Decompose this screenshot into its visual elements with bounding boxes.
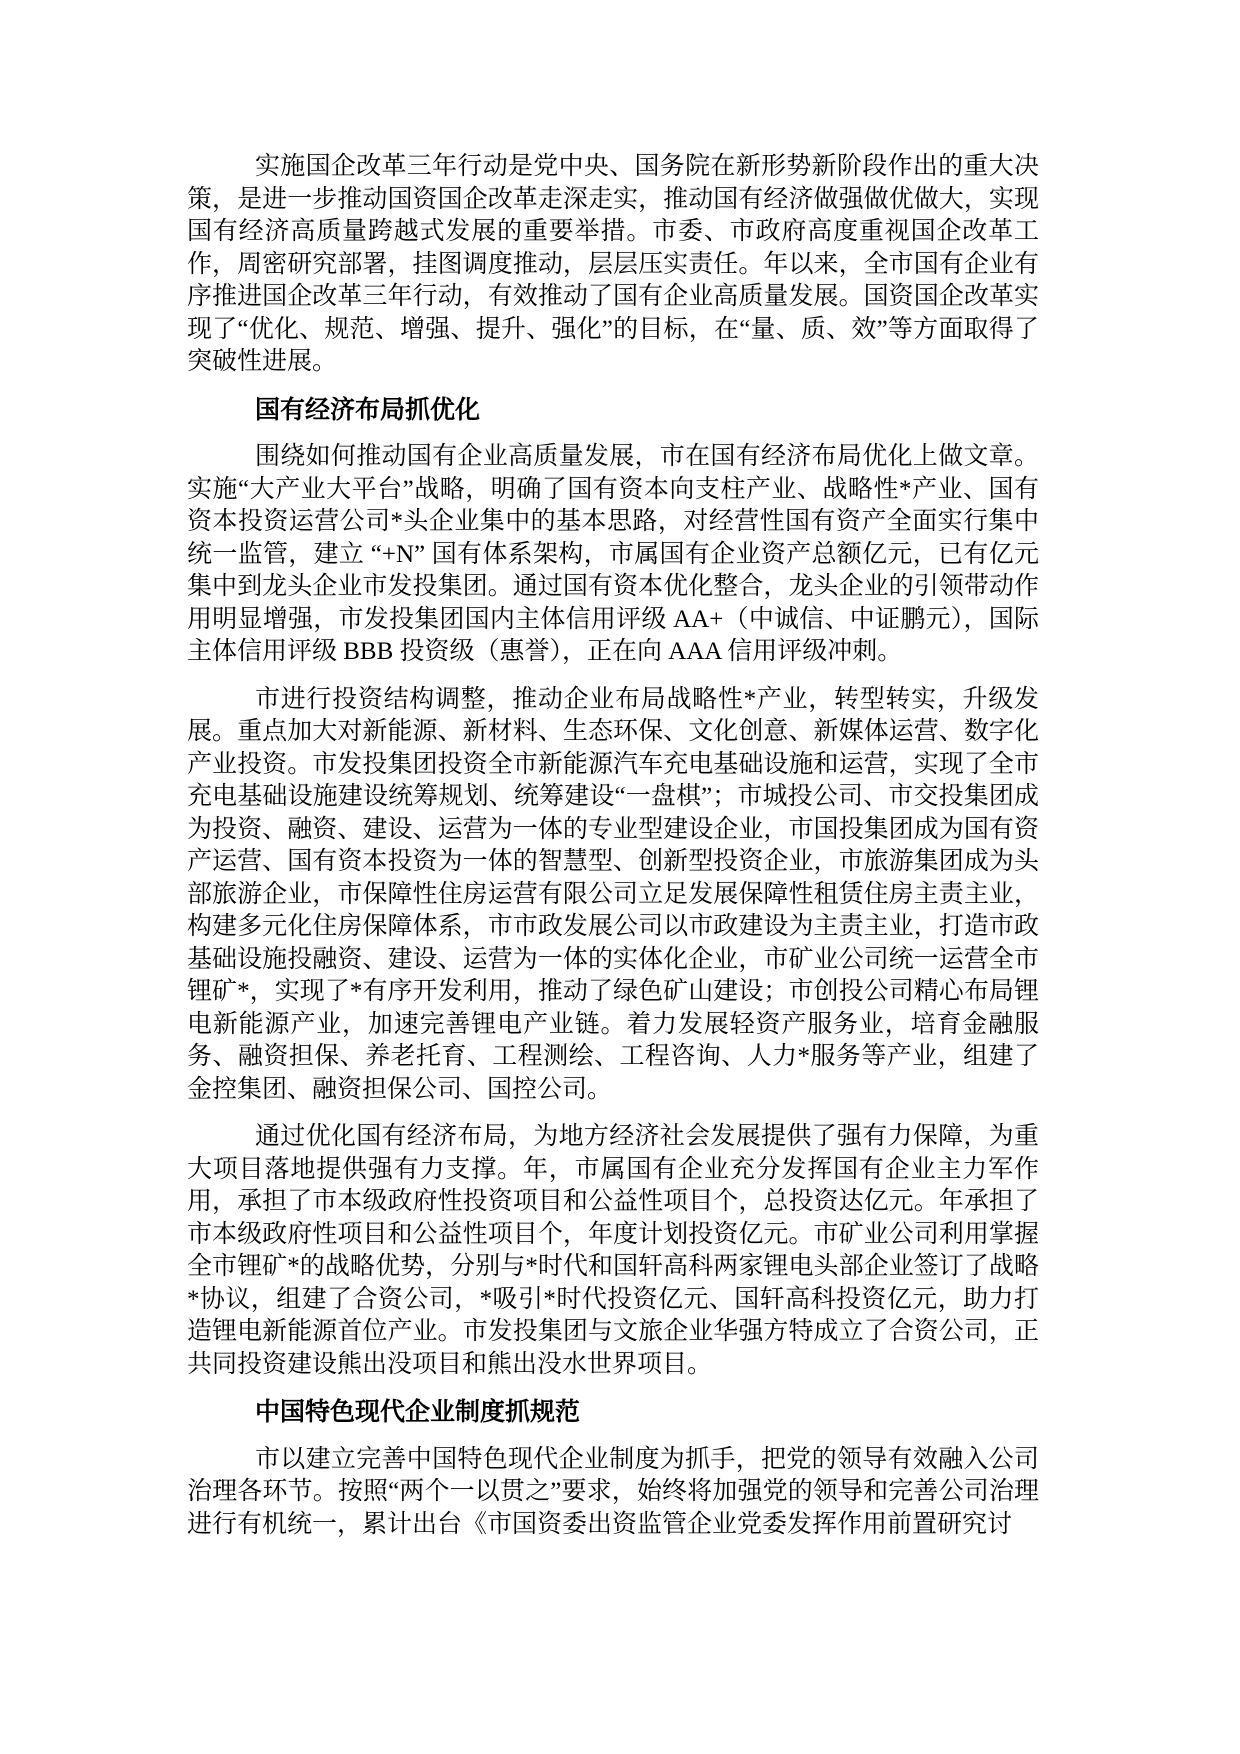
paragraph: 通过优化国有经济布局，为地方经济社会发展提供了强有力保障，为重大项目落地提供强有… xyxy=(187,1121,1039,1381)
paragraph: 市进行投资结构调整，推动企业布局战略性*产业，转型转实，升级发展。重点加大对新能… xyxy=(187,684,1039,1107)
document-body: 实施国企改革三年行动是党中央、国务院在新形势新阶段作出的重大决策，是进一步推动国… xyxy=(187,151,1039,1541)
document-page: 实施国企改革三年行动是党中央、国务院在新形势新阶段作出的重大决策，是进一步推动国… xyxy=(0,0,1240,1754)
section-heading: 国有经济布局抓优化 xyxy=(187,394,1039,427)
section-heading: 中国特色现代企业制度抓规范 xyxy=(187,1396,1039,1429)
paragraph: 围绕如何推动国有企业高质量发展，市在国有经济布局优化上做文章。实施“大产业大平台… xyxy=(187,441,1039,669)
paragraph: 实施国企改革三年行动是党中央、国务院在新形势新阶段作出的重大决策，是进一步推动国… xyxy=(187,151,1039,379)
paragraph: 市以建立完善中国特色现代企业制度为抓手，把党的领导有效融入公司治理各环节。按照“… xyxy=(187,1444,1039,1542)
